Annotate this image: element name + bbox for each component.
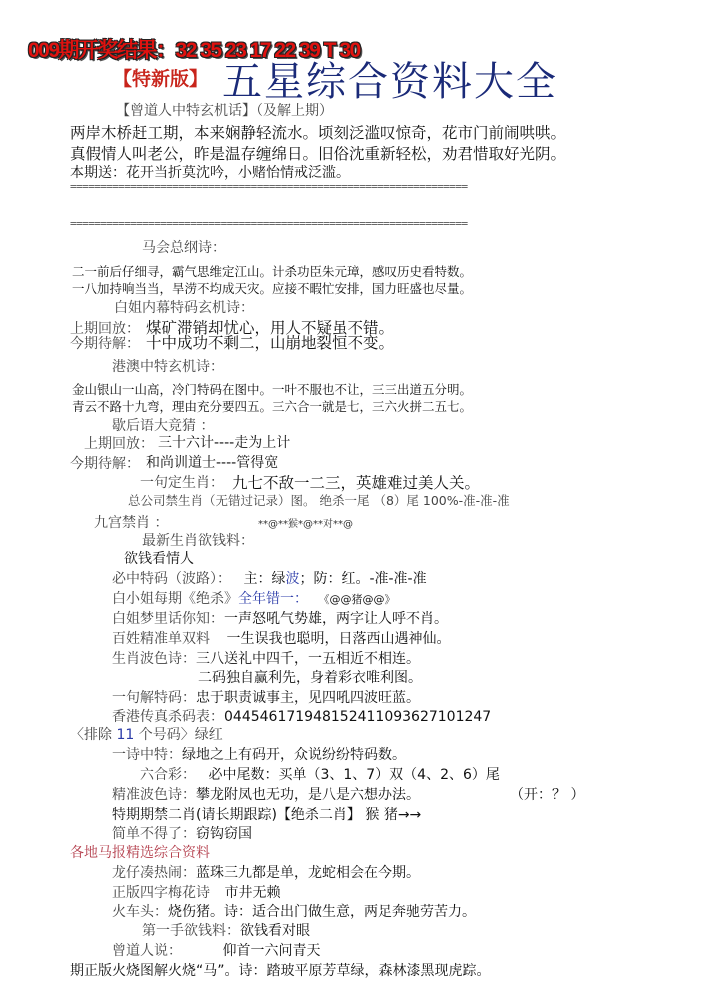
baijie-this-label: 今期待解： [70,333,140,353]
gedi-heading: 各地马报精选综合资料 [70,842,210,862]
teqi-text: 特期期禁二肖(请长期跟踪)【绝杀二肖】 猴 猪→→ [112,804,421,824]
gangao-line-2: 青云不路十九弯，理由充分要四五。三六合一就是七，三六火拼二五七。 [72,397,472,415]
yishi-label: 一诗中特： [112,747,182,763]
bose-line-1: 三八送礼中四千，一五相近不相连。 [196,651,420,667]
xiehouyu-last-label: 上期回放： [84,433,154,453]
chuanzhen-text: 0445461719481524110936271012​47 [224,709,491,725]
jingzhun-label: 精准波色诗： [112,787,196,803]
chuanzhen-label: 香港传真杀码表： [112,709,224,725]
bizhong-wave: 波 [285,571,299,587]
xiehouyu-this-text: 和尚训道士----管得宽 [146,452,278,472]
separator-1: ========================================… [70,180,468,193]
zeng-line-3: 本期送：花开当折莫沈吟，小赌怡情戒泛滥。 [70,162,350,182]
baixiaojie-mid: 全年错一： [238,591,308,607]
huoche-row: 火车头：烧伤猪。诗：适合出门做生意，两足奔驰劳苦力。 [112,901,476,921]
xiehouyu-this-label: 今期待解： [70,453,140,473]
kai-text: （开：？ ） [510,784,584,804]
bose-row: 生肖波色诗：三八送礼中四千，一五相近不相连。 [112,648,420,668]
jiandan-text: 窃钩窃国 [196,826,252,842]
liuhe-text: 必中尾数：买单（3、1、7）双（4、2、6）尾 [208,767,499,783]
paichu-suffix: 个号码〉绿红 [139,727,223,743]
longzai-text: 蓝珠三九都是单，龙蛇相会在今期。 [196,865,420,881]
mengli-text: 一声怒吼气势雄，两字让人呼不肖。 [224,611,448,627]
liuhe-row: 六合彩： 必中尾数：买单（3、1、7）双（4、2、6）尾 [140,764,500,784]
xiehouyu-last-text: 三十六计----走为上计 [158,432,290,452]
jiandan-label: 简单不得了： [112,826,196,842]
gangao-heading: 港澳中特玄机诗： [112,356,224,376]
zuixin-text: 欲钱看情人 [124,548,194,568]
bose-line-2: 二码独自赢利先，身着彩衣唯利图。 [198,667,422,687]
paichu-prefix: 〈排除 [70,727,112,743]
huoche-text: 烧伤猪。诗：适合出门做生意，两足奔驰劳苦力。 [168,904,476,920]
longzai-row: 龙仔凑热闹：蓝珠三九都是单，龙蛇相会在今期。 [112,862,420,882]
liuhe-label: 六合彩： [140,767,196,783]
baixiaojie-value: 《@@猪@@》 [318,593,395,606]
baixiaojie-row: 白小姐每期《绝杀》全年错一： 《@@猪@@》 [112,588,395,608]
jiete-row: 一句解特码：忠于职责诚事主，见四吼四波旺蓝。 [112,687,420,707]
yiju-label: 一句定生肖： [140,472,224,492]
bizhong-label: 必中特码（波路）： [112,571,231,587]
jiugong-text: **@**猴*@**对**@ [258,515,353,530]
jiete-label: 一句解特码： [112,690,196,706]
mengli-row: 白姐梦里话你知：一声怒吼气势雄，两字让人呼不肖。 [112,608,448,628]
edition-tag: 【特新版】 [113,64,208,91]
baixiaojie-label: 白小姐每期《绝杀》 [112,591,238,607]
longzai-label: 龙仔凑热闹： [112,865,196,881]
yishi-text: 绿地之上有码开，众说纷纷特码数。 [182,747,406,763]
zeng-row: 曾道人说： 仰首一六问青天 [112,940,320,960]
bose-label: 生肖波色诗： [112,651,196,667]
chuanzhen-row: 香港传真杀码表：0445461719481524110936271012​47 [112,706,491,726]
baijie-heading: 白姐内幕特码玄机诗： [114,297,254,317]
page-title: 五星综合资料大全 [222,50,558,107]
bizhong-main: 主：绿 [243,571,285,587]
paichu-row: 〈排除 11 个号码〉绿红 [70,724,223,744]
jiugong-label: 九宫禁肖 ： [94,512,168,532]
mahui-line-2: 一八加持响当当，旱涝不均成天灾。应接不暇忙安排，国力旺盛也尽量。 [72,279,472,297]
baixing-label: 百姓精准单双料 [112,631,210,647]
zonggongsi-text: 总公司禁生肖（无错过记录）图。 绝杀一尾 （8）尾 100%-准-准-准 [128,491,510,509]
diyishou-text: 欲钱看对眼 [240,923,310,939]
mahui-line-1: 二一前后仔细寻，霸气思维定江山。计杀功臣朱元璋，感叹历史看特数。 [72,262,472,280]
zeng-line-1: 两岸木桥赶工期，本来娴静轻流水。顷刻泛滥叹惊奇，花市门前闹哄哄。 [70,121,566,143]
yiju-text: 九七不敌一二三，英雄难过美人关。 [232,471,480,493]
jiete-text: 忠于职责诚事主，见四吼四波旺蓝。 [196,690,420,706]
yishi-row: 一诗中特：绿地之上有码开，众说纷纷特码数。 [112,744,406,764]
huoche-label: 火车头： [112,904,168,920]
jingzhun-row: 精准波色诗：攀龙附凤也无功，是八是六想办法。 [112,784,420,804]
gangao-line-1: 金山银山一山高，冷门特码在图中。一叶不服也不让，三三出道五分明。 [72,380,472,398]
baixing-text: 一生误我也聪明，日落西山遇神仙。 [226,631,450,647]
diyishou-row: 第一手欲钱料：欲钱看对眼 [142,920,310,940]
jiandan-row: 简单不得了：窃钩窃国 [112,823,252,843]
zeng-text: 仰首一六问青天 [222,943,320,959]
bizhong-rest: ；防：红。-准-准-准 [299,571,426,587]
separator-2: ========================================… [70,217,468,230]
mahui-heading: 马会总纲诗： [142,237,226,257]
jingzhun-text: 攀龙附凤也无功，是八是六想办法。 [196,787,420,803]
zeng-line-2: 真假情人叫老公，昨是温存缠绵日。旧俗沈重新轻松，劝君惜取好光阴。 [70,142,566,164]
diyishou-label: 第一手欲钱料： [142,923,240,939]
zeng-label: 曾道人说： [112,943,182,959]
meihua-row: 正版四字梅花诗 市井无赖 [112,882,280,902]
meihua-label: 正版四字梅花诗 [112,885,210,901]
mengli-label: 白姐梦里话你知： [112,611,224,627]
baixing-row: 百姓精准单双料 一生误我也聪明，日落西山遇神仙。 [112,628,450,648]
zuixin-heading: 最新生肖欲钱料： [142,530,254,550]
bizhong-row: 必中特码（波路）： 主：绿波；防：红。-准-准-准 [112,568,427,588]
baijie-this-text: 十中成功不剩二，山崩地裂恒不变。 [146,331,394,353]
zeng-heading: 【曾道人中特玄机话】（及解上期） [116,100,333,120]
paichu-count: 11 [116,727,134,743]
meihua-text: 市井无赖 [224,885,280,901]
huoshao-text: 期正版火烧图解火烧“马”。诗：踏玻平原芳草绿，森林漆黑现虎踪。 [70,960,491,980]
